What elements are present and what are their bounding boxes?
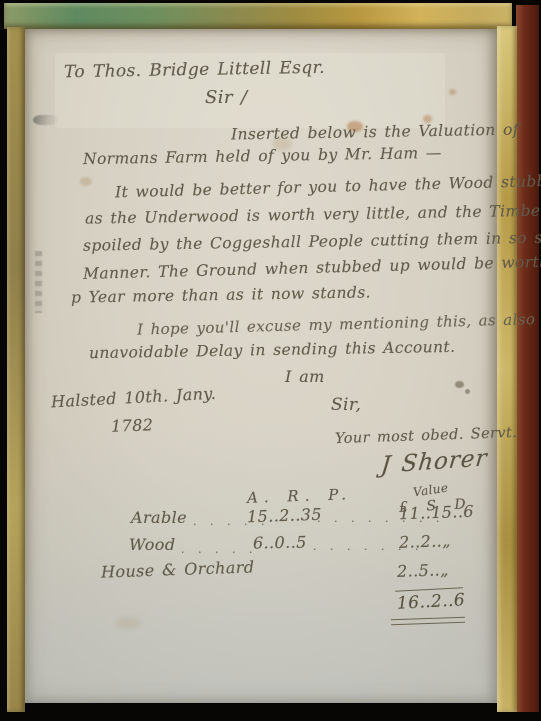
- table-header-arp: A. R. P.: [247, 485, 353, 507]
- table-row-arp: 6..0..5: [253, 533, 307, 553]
- signature: J Shorer: [380, 445, 489, 479]
- pencil-margin-mark: [33, 115, 59, 125]
- table-row-label: Wood: [129, 535, 175, 554]
- letter-line: spoiled by the Coggeshall People cutting…: [83, 227, 541, 254]
- table-row-value: 11..15..6: [399, 502, 474, 524]
- mahogany-frame-edge: [516, 5, 539, 712]
- foxing-spot: [115, 617, 141, 629]
- ink-speck: [455, 381, 464, 388]
- letter-line: unavoidable Delay in sending this Accoun…: [89, 338, 456, 362]
- table-row-arp: 15..2..35: [247, 505, 322, 527]
- table-row-label: House & Orchard: [101, 557, 255, 581]
- dotted-leader: . . . . .: [181, 543, 256, 556]
- table-row-label: Arable: [131, 508, 187, 527]
- gilt-frame-left-rail: [7, 27, 25, 712]
- letter-line: I hope you'll excuse my mentioning this,…: [137, 309, 541, 338]
- table-row-value: 2..5..„: [397, 560, 449, 581]
- letter-line: Normans Farm held of you by Mr. Ham —: [83, 144, 442, 168]
- framed-letter-photo: To Thos. Bridge Littell Esqr. Sir / Inse…: [0, 0, 541, 721]
- ink-speck: [465, 389, 470, 394]
- letter-line-i-am: I am: [285, 367, 325, 386]
- vertical-margin-mark: [35, 251, 42, 313]
- letter-address: To Thos. Bridge Littell Esqr.: [64, 58, 325, 83]
- table-total: 16..2..6: [397, 590, 466, 614]
- closing-line: Your most obed. Servt.: [335, 425, 518, 447]
- letter-line: Inserted below is the Valuation of: [231, 120, 519, 143]
- place-date-line: Halsted 10th. Jany.: [51, 384, 217, 412]
- letter-line: as the Underwood is worth very little, a…: [85, 200, 541, 227]
- foxing-spot: [449, 89, 456, 95]
- letter-salutation: Sir /: [205, 87, 247, 108]
- foxing-spot: [80, 177, 92, 186]
- total-double-rule: [391, 617, 465, 626]
- table-row-value: 2..2..„: [399, 531, 451, 552]
- closing-sir: Sir,: [331, 395, 361, 415]
- letter-line: Manner. The Ground when stubbed up would…: [83, 251, 541, 283]
- date-year: 1782: [111, 415, 154, 435]
- gilt-frame-top-rail: [4, 3, 512, 29]
- letter-line: It would be better for you to have the W…: [115, 171, 541, 202]
- letter-line: p Year more than as it now stands.: [71, 283, 371, 306]
- letter-paper: To Thos. Bridge Littell Esqr. Sir / Inse…: [25, 29, 497, 703]
